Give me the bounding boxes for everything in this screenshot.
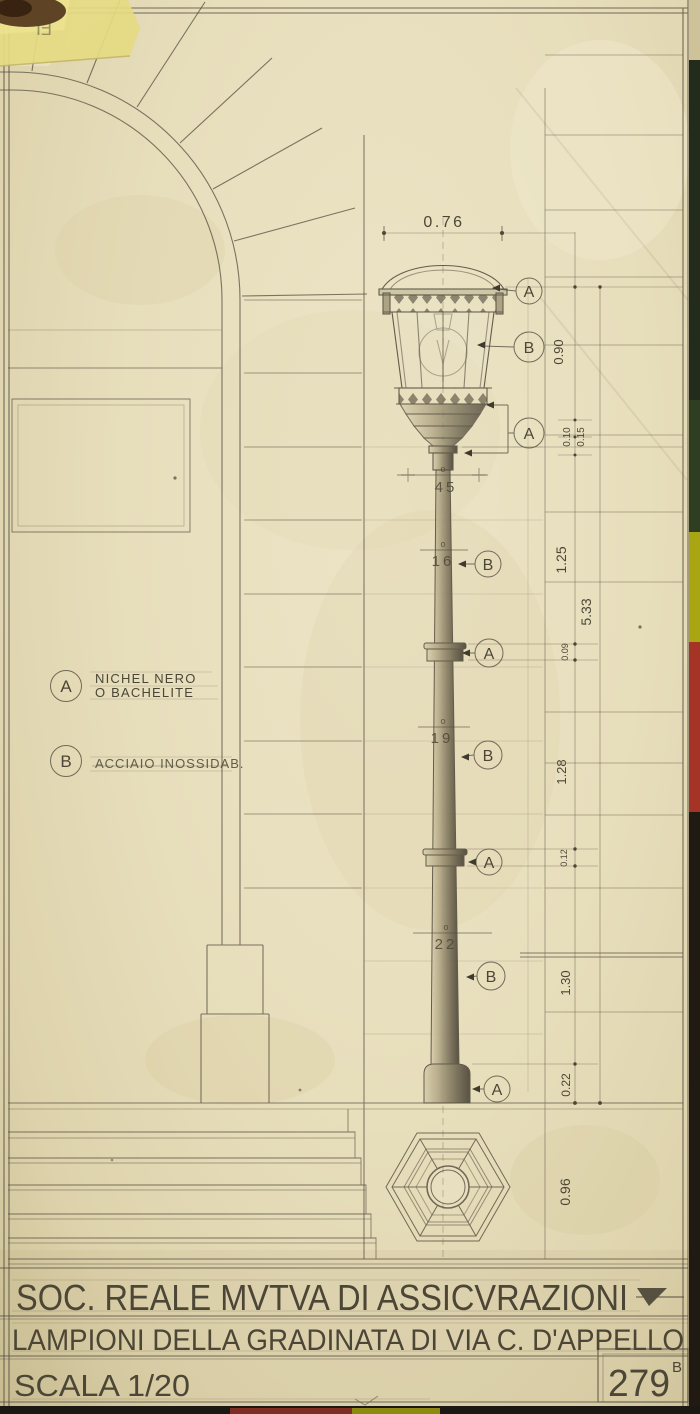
dim-upper-pole: 1.25: [553, 546, 569, 573]
callout-a-2: A: [524, 426, 535, 443]
drawing-number-suffix: B: [672, 1359, 682, 1376]
lamp-base-plan-hexagon: [386, 1133, 510, 1241]
dim-neck-upper: 0.10: [562, 427, 573, 447]
legend-a-line2: O BACHELITE: [95, 685, 194, 700]
legend-b-key: B: [60, 752, 71, 771]
dia-mark-mid: o: [440, 716, 445, 726]
dia-upper-value: 16: [432, 553, 455, 570]
scale-label: SCALA 1/20: [14, 1368, 190, 1403]
title-line2: LAMPIONI DELLA GRADINATA DI VIA C. D'APP…: [12, 1324, 684, 1357]
dia-mark-top: o: [440, 464, 445, 474]
drawing-number: 279: [608, 1363, 670, 1405]
upper-collar: [424, 643, 466, 649]
dim-neck-lower: 0.15: [576, 427, 587, 447]
dim-mid-pole: 1.28: [554, 759, 569, 784]
lower-collar: [423, 849, 467, 855]
dia-top-value: 45: [435, 479, 458, 496]
callout-a-4: A: [484, 855, 495, 872]
callout-a-3: A: [484, 646, 495, 663]
dim-collar-lower: 0.12: [559, 849, 569, 867]
dim-lantern-height: 0.90: [551, 339, 566, 364]
materials-legend: A B NICHEL NERO O BACHELITE ACCIAIO INOS…: [51, 671, 245, 777]
legend-a-key: A: [60, 677, 72, 696]
callout-b-1: B: [524, 340, 535, 357]
dim-plinth-height: 0.96: [557, 1178, 573, 1205]
scanned-architectural-drawing: o 45 o 16 o 19 o 22 0.76 0.90 0.10 0.15 …: [0, 0, 700, 1414]
stone-arch: [0, 0, 367, 1103]
dia-mark-lower: o: [443, 922, 448, 932]
pole-base: [424, 1064, 470, 1103]
dia-lower-value: 22: [435, 936, 458, 953]
callout-b-3: B: [483, 748, 494, 765]
dim-overall: 5.33: [578, 598, 594, 625]
dia-mark-upper: o: [440, 539, 445, 549]
tape-ghost-text: FI: [36, 18, 52, 38]
dia-mid-value: 19: [431, 730, 454, 747]
drawing-svg: o 45 o 16 o 19 o 22 0.76 0.90 0.10 0.15 …: [0, 0, 700, 1414]
legend-a-line1: NICHEL NERO: [95, 671, 197, 686]
callout-a-5: A: [492, 1082, 503, 1099]
title-line1: SOC. REALE MVTVA DI ASSICVRAZIONI: [16, 1277, 628, 1318]
legend-b-label: ACCIAIO INOSSIDAB.: [95, 756, 244, 771]
dim-top-width: 0.76: [423, 214, 464, 231]
corner-tape: FI: [0, 0, 140, 66]
dim-lower-pole: 1.30: [558, 970, 573, 995]
callout-b-2: B: [483, 557, 494, 574]
paper-stains: [0, 0, 700, 1414]
dim-collar-upper: 0.09: [560, 643, 570, 661]
callout-b-4: B: [486, 969, 497, 986]
callout-a-1: A: [524, 284, 535, 301]
dim-base-height: 0.22: [559, 1073, 573, 1097]
